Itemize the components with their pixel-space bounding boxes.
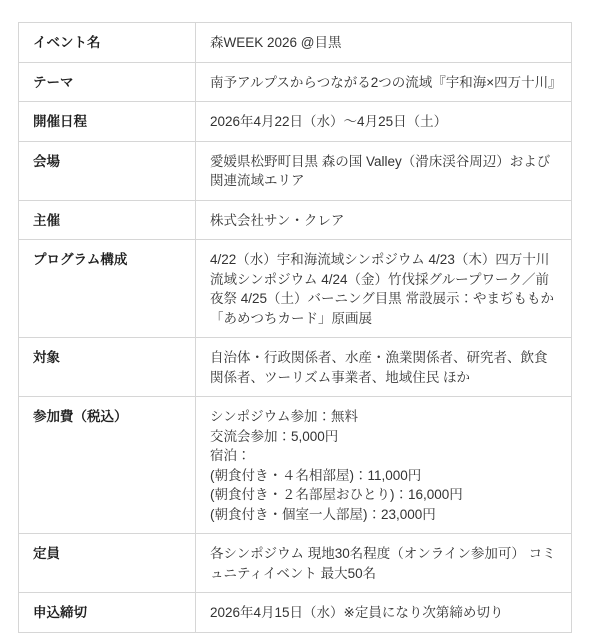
- row-value: 2026年4月15日（水）※定員になり次第締め切り: [196, 593, 572, 633]
- table-row: 定員 各シンポジウム 現地30名程度（オンライン参加可） コミュニティイベント …: [19, 534, 572, 593]
- row-label: 申込締切: [19, 593, 196, 633]
- row-value: 2026年4月22日（水）〜4月25日（土）: [196, 102, 572, 142]
- row-label: イベント名: [19, 23, 196, 63]
- row-label: 対象: [19, 338, 196, 397]
- row-label: 参加費（税込）: [19, 397, 196, 534]
- event-info-table: イベント名 森WEEK 2026 @目黒 テーマ 南予アルプスからつながる2つの…: [18, 22, 572, 633]
- table-row: 主催 株式会社サン・クレア: [19, 200, 572, 240]
- row-label: プログラム構成: [19, 240, 196, 338]
- table-row: 参加費（税込） シンポジウム参加：無料 交流会参加：5,000円 宿泊： (朝食…: [19, 397, 572, 534]
- table-row: プログラム構成 4/22（水）宇和海流域シンポジウム 4/23（木）四万十川流域…: [19, 240, 572, 338]
- event-info-page: イベント名 森WEEK 2026 @目黒 テーマ 南予アルプスからつながる2つの…: [0, 0, 601, 640]
- row-value: 自治体・行政関係者、水産・漁業関係者、研究者、飲食関係者、ツーリズム事業者、地域…: [196, 338, 572, 397]
- event-table-body: イベント名 森WEEK 2026 @目黒 テーマ 南予アルプスからつながる2つの…: [19, 23, 572, 633]
- row-value: 森WEEK 2026 @目黒: [196, 23, 572, 63]
- row-value: シンポジウム参加：無料 交流会参加：5,000円 宿泊： (朝食付き・４名相部屋…: [196, 397, 572, 534]
- table-row: 申込締切 2026年4月15日（水）※定員になり次第締め切り: [19, 593, 572, 633]
- row-label: 会場: [19, 141, 196, 200]
- row-label: 定員: [19, 534, 196, 593]
- table-row: 会場 愛媛県松野町目黒 森の国 Valley（滑床渓谷周辺）および関連流域エリア: [19, 141, 572, 200]
- row-value: 愛媛県松野町目黒 森の国 Valley（滑床渓谷周辺）および関連流域エリア: [196, 141, 572, 200]
- row-label: 主催: [19, 200, 196, 240]
- row-label: テーマ: [19, 62, 196, 102]
- row-label: 開催日程: [19, 102, 196, 142]
- table-row: イベント名 森WEEK 2026 @目黒: [19, 23, 572, 63]
- table-row: 対象 自治体・行政関係者、水産・漁業関係者、研究者、飲食関係者、ツーリズム事業者…: [19, 338, 572, 397]
- row-value: 株式会社サン・クレア: [196, 200, 572, 240]
- row-value: 4/22（水）宇和海流域シンポジウム 4/23（木）四万十川流域シンポジウム 4…: [196, 240, 572, 338]
- row-value: 各シンポジウム 現地30名程度（オンライン参加可） コミュニティイベント 最大5…: [196, 534, 572, 593]
- row-value: 南予アルプスからつながる2つの流域『宇和海×四万十川』: [196, 62, 572, 102]
- table-row: 開催日程 2026年4月22日（水）〜4月25日（土）: [19, 102, 572, 142]
- table-row: テーマ 南予アルプスからつながる2つの流域『宇和海×四万十川』: [19, 62, 572, 102]
